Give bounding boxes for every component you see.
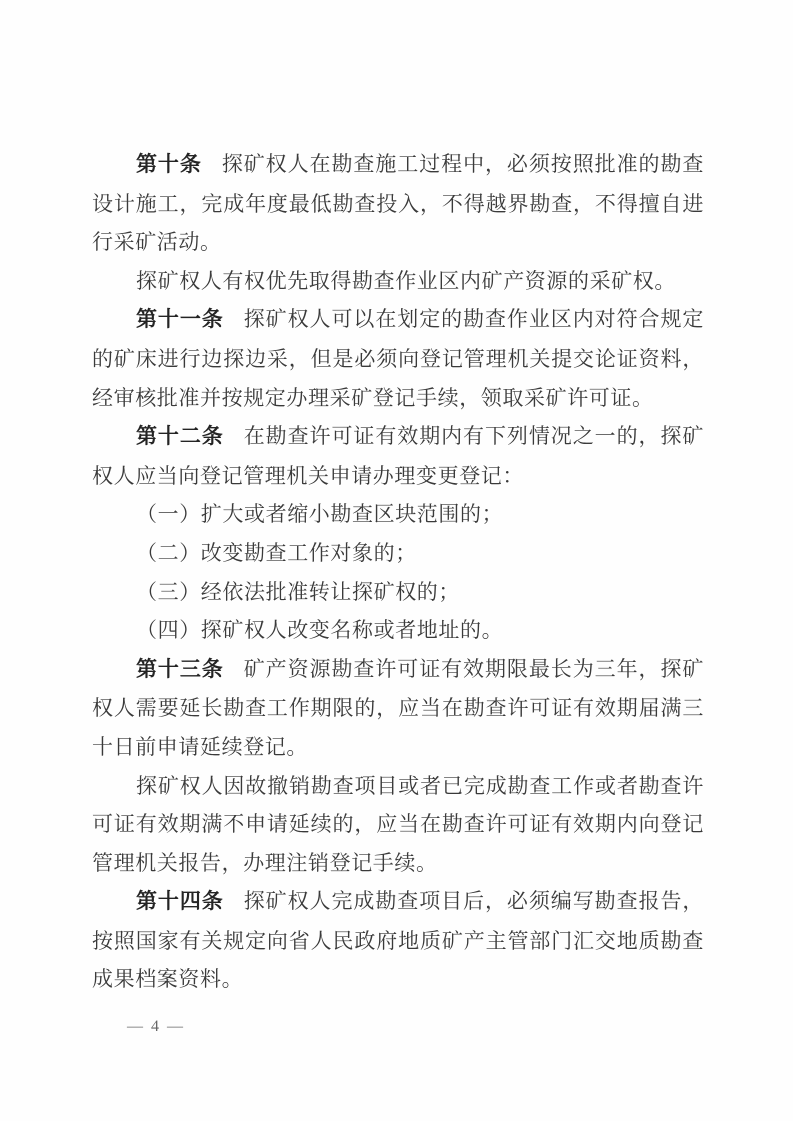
- article-14-paragraph: 第十四条探矿权人完成勘查项目后，必须编写勘查报告，按照国家有关规定向省人民政府地…: [92, 882, 704, 999]
- scanned-document-page: 第十条探矿权人在勘查施工过程中，必须按照批准的勘查设计施工，完成年度最低勘查投入…: [0, 0, 793, 1121]
- article-13-subparagraph: 探矿权人因故撤销勘查项目或者已完成勘查工作或者勘查许可证有效期满不申请延续的，应…: [92, 767, 704, 883]
- article-13-label: 第十三条: [136, 658, 224, 681]
- article-12-item-3: （三）经依法批准转让探矿权的；: [92, 573, 704, 612]
- article-12-item-1-text: （一）扩大或者缩小勘查区块范围的；: [136, 502, 503, 526]
- article-10-subparagraph: 探矿权人有权优先取得勘查作业区内矿产资源的采矿权。: [92, 262, 704, 301]
- article-12-item-4: （四）探矿权人改变名称或者地址的。: [92, 611, 704, 650]
- article-12-item-2: （二）改变勘查工作对象的；: [92, 534, 704, 573]
- article-14-label: 第十四条: [136, 890, 224, 913]
- article-12-paragraph: 第十二条在勘查许可证有效期内有下列情况之一的，探矿权人应当向登记管理机关申请办理…: [92, 417, 704, 495]
- page-number: — 4 —: [127, 1018, 185, 1036]
- article-12-item-4-text: （四）探矿权人改变名称或者地址的。: [136, 618, 503, 642]
- article-11-paragraph: 第十一条探矿权人可以在划定的勘查作业区内对符合规定的矿床进行边探边采，但是必须向…: [92, 300, 704, 417]
- article-12-item-3-text: （三）经依法批准转让探矿权的；: [136, 580, 460, 604]
- article-13-paragraph: 第十三条矿产资源勘查许可证有效期限最长为三年，探矿权人需要延长勘查工作期限的，应…: [92, 650, 704, 767]
- article-12-item-1: （一）扩大或者缩小勘查区块范围的；: [92, 495, 704, 534]
- article-11-label: 第十一条: [136, 308, 224, 331]
- article-10-paragraph: 第十条探矿权人在勘查施工过程中，必须按照批准的勘查设计施工，完成年度最低勘查投入…: [92, 145, 704, 262]
- document-body: 第十条探矿权人在勘查施工过程中，必须按照批准的勘查设计施工，完成年度最低勘查投入…: [92, 145, 704, 999]
- article-13-subparagraph-text: 探矿权人因故撤销勘查项目或者已完成勘查工作或者勘查许可证有效期满不申请延续的，应…: [92, 774, 704, 875]
- article-12-label: 第十二条: [136, 425, 224, 448]
- article-10-label: 第十条: [136, 153, 202, 176]
- article-10-subparagraph-text: 探矿权人有权优先取得勘查作业区内矿产资源的采矿权。: [136, 269, 676, 293]
- article-12-item-2-text: （二）改变勘查工作对象的；: [136, 541, 417, 565]
